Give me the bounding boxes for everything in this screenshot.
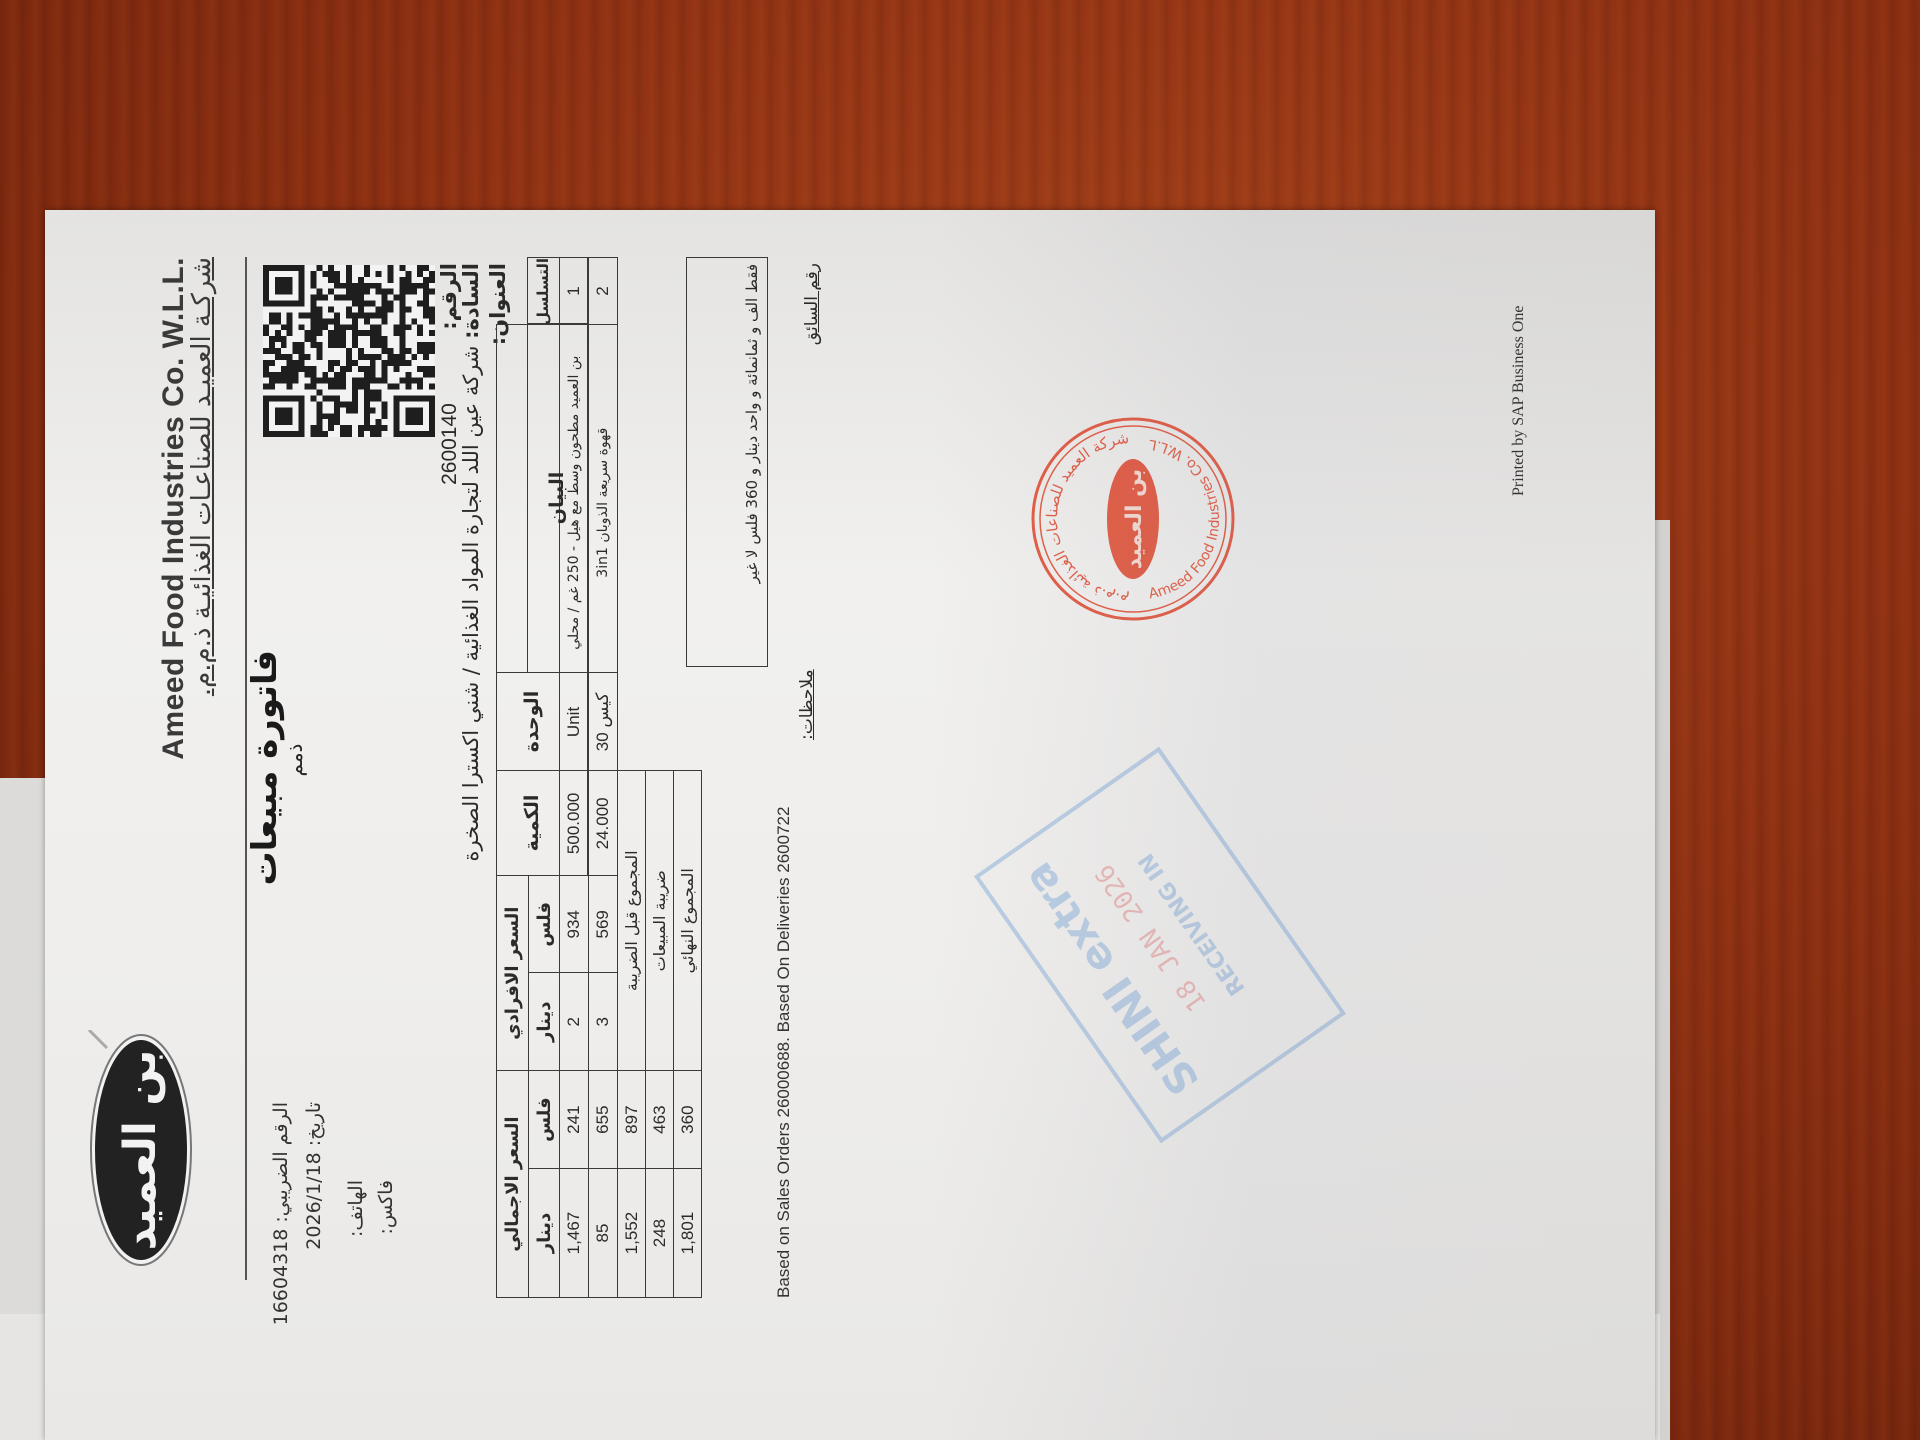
cell-serial: 2 [589,258,618,325]
date-line: تاريخ: 2026/1/18 [303,1102,325,1250]
tax-number-value: 16604318 [270,1229,292,1326]
cell-serial: 1 [560,258,589,325]
blank-cell [646,258,674,771]
summary-dinar-subtotal: 1,552 [618,1169,646,1298]
invoice-number-label: الرقم: [437,263,461,330]
company-name-en: Ameed Food Industries Co. W.L.L. [157,257,191,760]
invoice-type: ذمم [283,720,307,800]
printed-by-footer: Printed by SAP Business One [1510,305,1528,496]
cell-unit: Unit [560,673,589,771]
date-label: تاريخ: [303,1102,325,1146]
col-header-unit-fils: فلس [529,876,560,973]
summary-label-subtotal: المجموع قبل الضريبة [618,771,646,1071]
notes-label: ملاحظات: [797,669,817,740]
invoice-title: فاتورة مبيعات [245,650,285,885]
blank-cell [618,258,646,771]
col-header-unit-dinar: دينار [529,973,560,1071]
summary-fils-subtotal: 897 [618,1071,646,1169]
cell-description: بن العميد مطحون وسط مع هيل - 250 غم / مح… [560,324,589,673]
cell-total-dinar: 85 [589,1169,618,1298]
summary-label-tax: ضريبة المبيعات [646,771,674,1071]
invoice-page: بن العميد Ameed Food Industries Co. W.L.… [45,210,1655,1440]
summary-fils-tax: 463 [646,1071,674,1169]
cell-total-fils: 241 [560,1071,589,1169]
customer-label: السادة: [459,263,483,339]
amount-in-words-box: فقط الف و ثمانمائة و واحد دينار و 360 فل… [686,257,768,667]
based-on-reference: Based on Sales Orders 26000688. Based On… [774,807,794,1298]
cell-total-fils: 655 [589,1071,618,1169]
col-header-unit-price: السعر الافرادي [497,876,529,1071]
col-header-total-fils: فلس [529,1071,560,1169]
summary-row-subtotal: المجموع قبل الضريبة8971,552 [618,258,646,1298]
summary-label-total: المجموع النهائي [674,771,702,1071]
invoice-items-table: السعر الافرادي السعر الاجمالي فلس دينار … [496,257,702,1298]
customer-name: شركة عين اللد لتجارة المواد الغذائية / ش… [459,346,483,862]
cell-unit: كيس 30 [589,673,618,771]
driver-number-label: رقم السائق [802,263,822,345]
col-header-total-price: السعر الاجمالي [497,1071,529,1298]
date-value: 2026/1/18 [303,1152,325,1249]
summary-row-tax: ضريبة المبيعات463248 [646,258,674,1298]
invoice-number-value: 2600140 [438,403,461,485]
cell-total-dinar: 1,467 [560,1169,589,1298]
company-seal-stamp: شركة العميد للصناعات الغذائية ذ.م.م Amee… [1027,413,1239,625]
summary-fils-total: 360 [674,1071,702,1169]
amount-in-words: فقط الف و ثمانمائة و واحد دينار و 360 فل… [743,264,761,583]
cell-unit-dinar: 2 [560,973,589,1071]
cell-unit-fils: 569 [589,876,618,973]
table-row: 2قهوة سريعة الذوبان 3in1كيس 3024.0005693… [589,258,618,1298]
summary-dinar-tax: 248 [646,1169,674,1298]
received-stamp: SHINI extra 18 JAN 2026 RECEIVING IN [971,744,1349,1146]
table-row: 1بن العميد مطحون وسط مع هيل - 250 غم / م… [560,258,589,1298]
phone-label: الهاتف: [345,1180,367,1237]
cell-unit-dinar: 3 [589,973,618,1071]
cell-quantity: 24.000 [589,771,618,876]
col-header-total-dinar: دينار [529,1169,560,1298]
customer-line: السادة: شركة عين اللد لتجارة المواد الغذ… [459,263,483,862]
company-logo: بن العميد [87,1030,195,1270]
cell-description: قهوة سريعة الذوبان 3in1 [589,324,618,673]
cell-unit-fils: 934 [560,876,589,973]
cell-quantity: 500.000 [560,771,589,876]
svg-text:بن العميد: بن العميد [1122,469,1147,569]
qr-code [263,262,435,440]
fax-label: فاكس: [375,1180,397,1235]
summary-dinar-total: 1,801 [674,1169,702,1298]
company-name-ar: شركـة العميـد للصناعـات الغذائيـة ذ.م.م. [187,257,217,696]
tax-number-label: الرقم الضريبي: [270,1102,292,1223]
svg-text:بن العميد: بن العميد [115,1050,166,1251]
tax-number-line: الرقم الضريبي: 16604318 [270,1102,292,1325]
